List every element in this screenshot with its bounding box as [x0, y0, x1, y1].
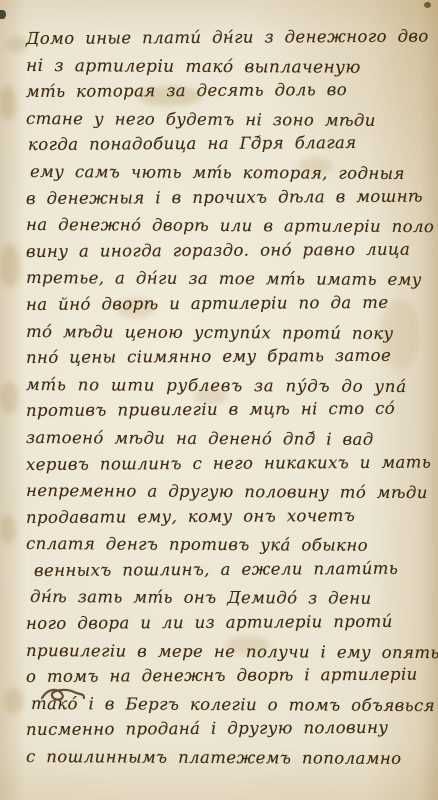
manuscript-line: вину а иногда гораздо. оно́ равно лица [26, 236, 428, 265]
manuscript-line: продавати ему, кому онъ хочетъ [26, 502, 428, 531]
manuscript-line: ного двора и ли из артилеріи проти́ [26, 609, 428, 638]
manuscript-line: противъ привилегіи в мцѣ ні сто со́ [26, 396, 428, 425]
manuscript-line: в денежныя і в прочихъ дѣла в мошнѣ [26, 183, 428, 212]
ink-stain [4, 688, 24, 714]
edge-speck [424, 2, 431, 8]
manuscript-line: херивъ пошлинъ с него никакихъ и мать [26, 449, 428, 478]
manuscript-line: венныхъ пошлинъ, а ежели плати́ть [34, 555, 428, 584]
manuscript-line: на йно́ дворѣ и артилеріи по да те [26, 289, 428, 318]
manuscript-text: Домо иные плати́ дн́ги з денежного дво н… [26, 26, 428, 771]
edge-speck [0, 10, 6, 19]
ink-stain [0, 86, 16, 120]
manuscript-line: Домо иные плати́ дн́ги з денежного дво [26, 24, 428, 53]
manuscript-line: пно́ цены сіимянно ему брать затое [26, 343, 428, 372]
manuscript-line: о томъ на денежнъ дворѣ і артилеріи [26, 662, 428, 691]
manuscript-line: мт́ь которая за десять доль во [26, 77, 428, 106]
ink-stain [0, 514, 16, 544]
ink-stain [0, 244, 20, 288]
manuscript-page: Домо иные плати́ дн́ги з денежного дво н… [0, 0, 438, 800]
manuscript-line: писменно продана́ і другую половину [26, 715, 428, 744]
manuscript-line: с пошлиннымъ платежемъ пополамно [26, 744, 428, 773]
manuscript-line: когда понадобица на Гд́ря благая [28, 130, 428, 159]
ink-stain [6, 36, 28, 52]
ink-stain [0, 382, 18, 414]
